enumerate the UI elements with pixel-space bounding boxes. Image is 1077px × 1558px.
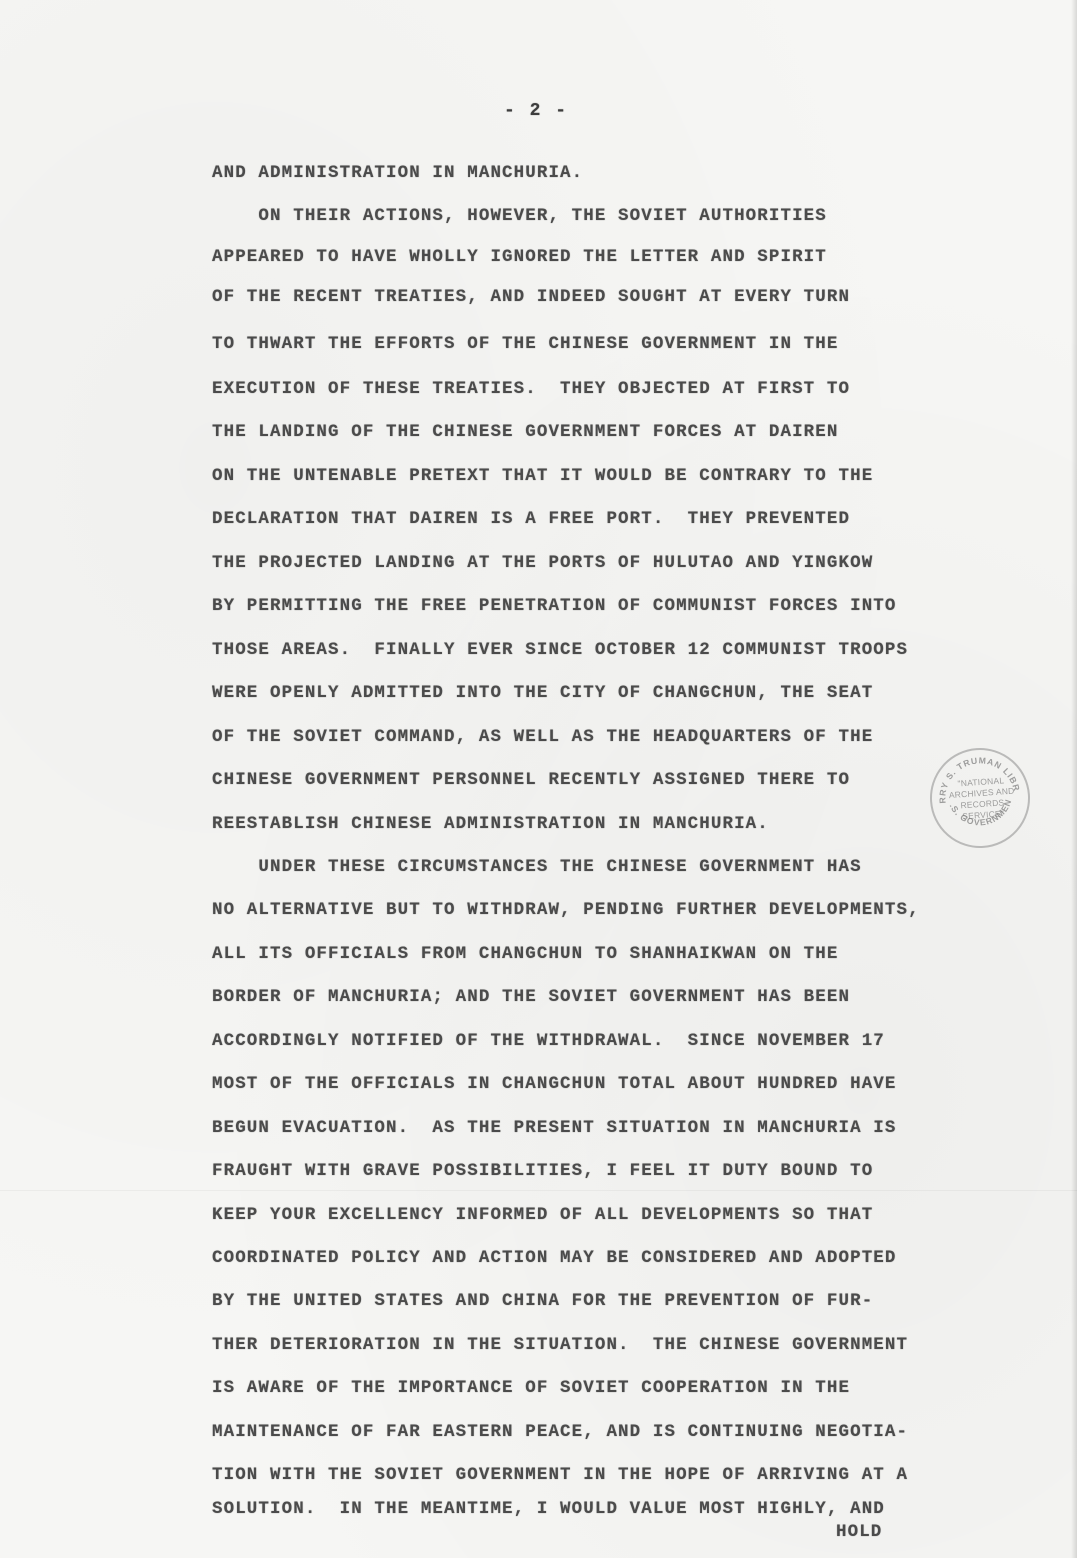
- stamp-center-text: "NATIONAL ARCHIVES AND RECORDS SERVICE": [941, 774, 1024, 823]
- text-line: BY THE UNITED STATES AND CHINA FOR THE P…: [212, 1291, 873, 1311]
- text-line: WERE OPENLY ADMITTED INTO THE CITY OF CH…: [212, 683, 873, 703]
- text-line: BY PERMITTING THE FREE PENETRATION OF CO…: [212, 596, 897, 616]
- text-line: EXECUTION OF THESE TREATIES. THEY OBJECT…: [212, 379, 850, 399]
- document-page: - 2 - AND ADMINISTRATION IN MANCHURIA. O…: [0, 0, 1077, 1558]
- text-line: MAINTENANCE OF FAR EASTERN PEACE, AND IS…: [212, 1422, 908, 1442]
- text-line: NO ALTERNATIVE BUT TO WITHDRAW, PENDING …: [212, 900, 920, 920]
- text-line: CHINESE GOVERNMENT PERSONNEL RECENTLY AS…: [212, 770, 850, 790]
- text-line: OF THE RECENT TREATIES, AND INDEED SOUGH…: [212, 287, 850, 307]
- text-line: AND ADMINISTRATION IN MANCHURIA.: [212, 163, 583, 183]
- text-line: APPEARED TO HAVE WHOLLY IGNORED THE LETT…: [212, 247, 827, 267]
- text-line: REESTABLISH CHINESE ADMINISTRATION IN MA…: [212, 814, 769, 834]
- text-line: SOLUTION. IN THE MEANTIME, I WOULD VALUE…: [212, 1499, 885, 1519]
- text-line: TO THWART THE EFFORTS OF THE CHINESE GOV…: [212, 334, 839, 354]
- archive-stamp: HARRY S. TRUMAN LIBRARY U.S. GOVERNMENT …: [927, 745, 1034, 852]
- text-line: ON THEIR ACTIONS, HOWEVER, THE SOVIET AU…: [212, 206, 827, 226]
- text-line: ALL ITS OFFICIALS FROM CHANGCHUN TO SHAN…: [212, 944, 839, 964]
- text-line: IS AWARE OF THE IMPORTANCE OF SOVIET COO…: [212, 1378, 850, 1398]
- page-edge-shadow: [1071, 0, 1077, 1558]
- paper-crease: [0, 1190, 1077, 1191]
- text-line: ACCORDINGLY NOTIFIED OF THE WITHDRAWAL. …: [212, 1031, 885, 1051]
- text-line: COORDINATED POLICY AND ACTION MAY BE CON…: [212, 1248, 897, 1268]
- text-line: THER DETERIORATION IN THE SITUATION. THE…: [212, 1335, 908, 1355]
- text-line: DECLARATION THAT DAIREN IS A FREE PORT. …: [212, 509, 850, 529]
- text-line: FRAUGHT WITH GRAVE POSSIBILITIES, I FEEL…: [212, 1161, 873, 1181]
- text-line: THE PROJECTED LANDING AT THE PORTS OF HU…: [212, 553, 873, 573]
- text-line: THOSE AREAS. FINALLY EVER SINCE OCTOBER …: [212, 640, 908, 660]
- text-line: KEEP YOUR EXCELLENCY INFORMED OF ALL DEV…: [212, 1205, 873, 1225]
- text-line: MOST OF THE OFFICIALS IN CHANGCHUN TOTAL…: [212, 1074, 897, 1094]
- page-number: - 2 -: [504, 101, 568, 121]
- catchword: HOLD: [836, 1522, 882, 1542]
- text-line: THE LANDING OF THE CHINESE GOVERNMENT FO…: [212, 422, 839, 442]
- text-line: BORDER OF MANCHURIA; AND THE SOVIET GOVE…: [212, 987, 850, 1007]
- text-line: UNDER THESE CIRCUMSTANCES THE CHINESE GO…: [212, 857, 862, 877]
- text-line: BEGUN EVACUATION. AS THE PRESENT SITUATI…: [212, 1118, 897, 1138]
- text-line: OF THE SOVIET COMMAND, AS WELL AS THE HE…: [212, 727, 873, 747]
- text-line: TION WITH THE SOVIET GOVERNMENT IN THE H…: [212, 1465, 908, 1485]
- text-line: ON THE UNTENABLE PRETEXT THAT IT WOULD B…: [212, 466, 873, 486]
